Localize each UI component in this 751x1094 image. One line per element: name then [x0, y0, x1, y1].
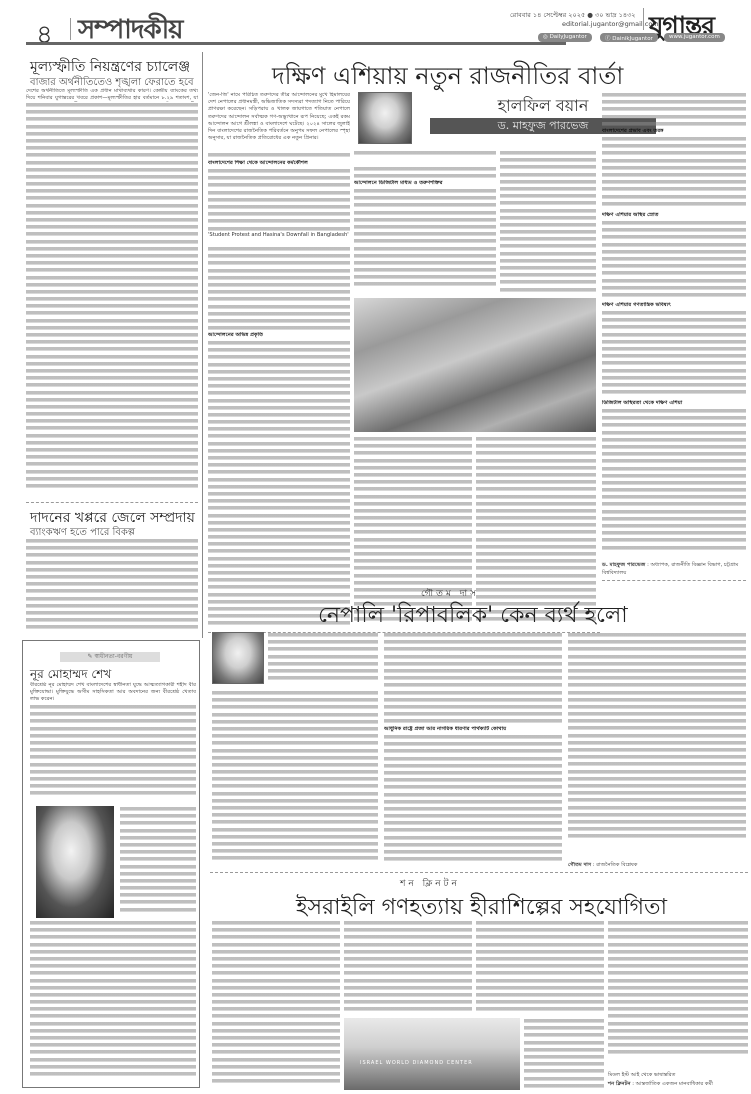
second-article-body	[212, 690, 378, 866]
diamond-center-photo: ISRAEL WORLD DIAMOND CENTER	[344, 1018, 520, 1090]
freedom-fighter-photo	[36, 806, 114, 918]
editorial-1-body-start: দেশের অর্থনীতিতে মূল্যস্ফীতি এক প্রধান ম…	[26, 88, 198, 102]
editorial-2-body	[26, 538, 198, 636]
lead-subhead-4: বাংলাদেশের প্রভাব এবং তরঙ্গ	[602, 128, 746, 136]
page-separator	[70, 18, 71, 40]
lead-subhead-6: দক্ষিণ এশিয়ার গণতান্ত্রিক ভবিষ্যৎ	[602, 302, 746, 310]
third-article-body	[476, 920, 604, 1014]
lead-body	[602, 220, 746, 302]
second-footer-byline: গৌতম দাস : রাজনৈতিক বিশ্লেষক	[568, 862, 746, 870]
freedom-fighter-body-2	[30, 920, 196, 1082]
freedom-fighter-body-wrap	[120, 806, 196, 918]
book-citation: 'Student Protest and Hasina's Downfall i…	[208, 232, 350, 246]
lead-subhead-1: বাংলাদেশের শিক্ষা থেকে আন্দোলনের কর্মকৌশ…	[208, 160, 350, 168]
editorial-1-body	[26, 102, 198, 497]
author-portrait	[358, 92, 412, 144]
page-number: ৪	[36, 14, 53, 58]
second-author-portrait	[212, 632, 264, 684]
protest-photo	[354, 298, 596, 432]
lead-body	[354, 150, 496, 158]
third-footer-byline: শন ক্লিনটন : আন্তর্জাতিক একজন মানবাধিকার…	[608, 1081, 748, 1089]
social-instagram[interactable]: ◎ DailyJugantor	[538, 33, 592, 42]
divider	[602, 580, 746, 581]
lead-body	[208, 168, 350, 232]
lead-subhead-3: আন্দোলনে ডিজিটাল মাধ্যম ও তরুণশক্তির	[354, 180, 496, 188]
lead-body	[500, 150, 596, 298]
third-article-author: শন ক্লিনটন	[330, 876, 530, 891]
lead-body	[354, 166, 496, 180]
third-article-body	[212, 920, 340, 1090]
divider	[210, 872, 748, 873]
second-article-body	[384, 734, 562, 866]
lead-footer-byline: ড. মাহফুজ পারভেজ : অধ্যাপক, রাজনীতি বিজ্…	[602, 562, 746, 578]
lead-body	[602, 310, 746, 400]
section-title: সম্পাদকীয়	[78, 9, 182, 53]
lead-subhead-5: দক্ষিণ এশিয়ার অস্থির স্রোত	[602, 212, 746, 220]
lead-body	[602, 136, 746, 212]
masthead-rule	[26, 42, 566, 45]
column-divider	[202, 52, 203, 638]
photo-caption: ISRAEL WORLD DIAMOND CENTER	[360, 1060, 473, 1066]
third-article-body	[344, 920, 472, 1014]
lead-intro: 'জেন-জি' নামে পরিচিত তরুণদের তীব্র আন্দো…	[208, 92, 350, 152]
divider	[26, 502, 198, 503]
lead-subhead-2: আন্দোলনের অভিন্ন প্রকৃতি	[208, 332, 350, 340]
translation-note: মিডল ইস্ট আই থেকে ভাষান্তরিত	[608, 1072, 748, 1080]
third-article-body	[524, 1018, 604, 1090]
lead-subhead-9: ডিজিটাল অস্থিরতা থেকে দক্ষিণ এশিয়া	[602, 400, 746, 408]
freedom-fighter-intro: বীরশ্রেষ্ঠ নূর মোহাম্মদ শেখ বাংলাদেশের স…	[30, 682, 196, 704]
newspaper-logo: যুগান্তর	[649, 6, 714, 49]
social-facebook[interactable]: ⓕ DainikJugantor	[600, 33, 658, 42]
second-article-headline: নেপালি 'রিপাবলিক' কেন ব্যর্থ হলো	[318, 598, 628, 635]
second-article-subhead: আধুনিক রাষ্ট্রে প্রজা আর নাগরিক ধারণার প…	[384, 726, 562, 734]
lead-body	[208, 152, 350, 160]
logo-separator	[643, 8, 644, 30]
freedom-fighter-body	[30, 704, 196, 804]
lead-body	[602, 92, 746, 128]
second-article-body	[384, 632, 562, 726]
social-website[interactable]: www.jugantor.com	[664, 33, 725, 42]
lead-body	[208, 246, 350, 332]
lead-body	[354, 188, 496, 294]
third-article-body	[608, 920, 748, 1058]
second-article-body	[568, 632, 746, 844]
second-article-body	[268, 632, 378, 688]
box-tag: ✎ স্বাধীনতা-বরণীয়	[60, 652, 160, 662]
editorial-email[interactable]: editorial.jugantor@gmail.com	[562, 20, 659, 28]
lead-body	[602, 408, 746, 558]
